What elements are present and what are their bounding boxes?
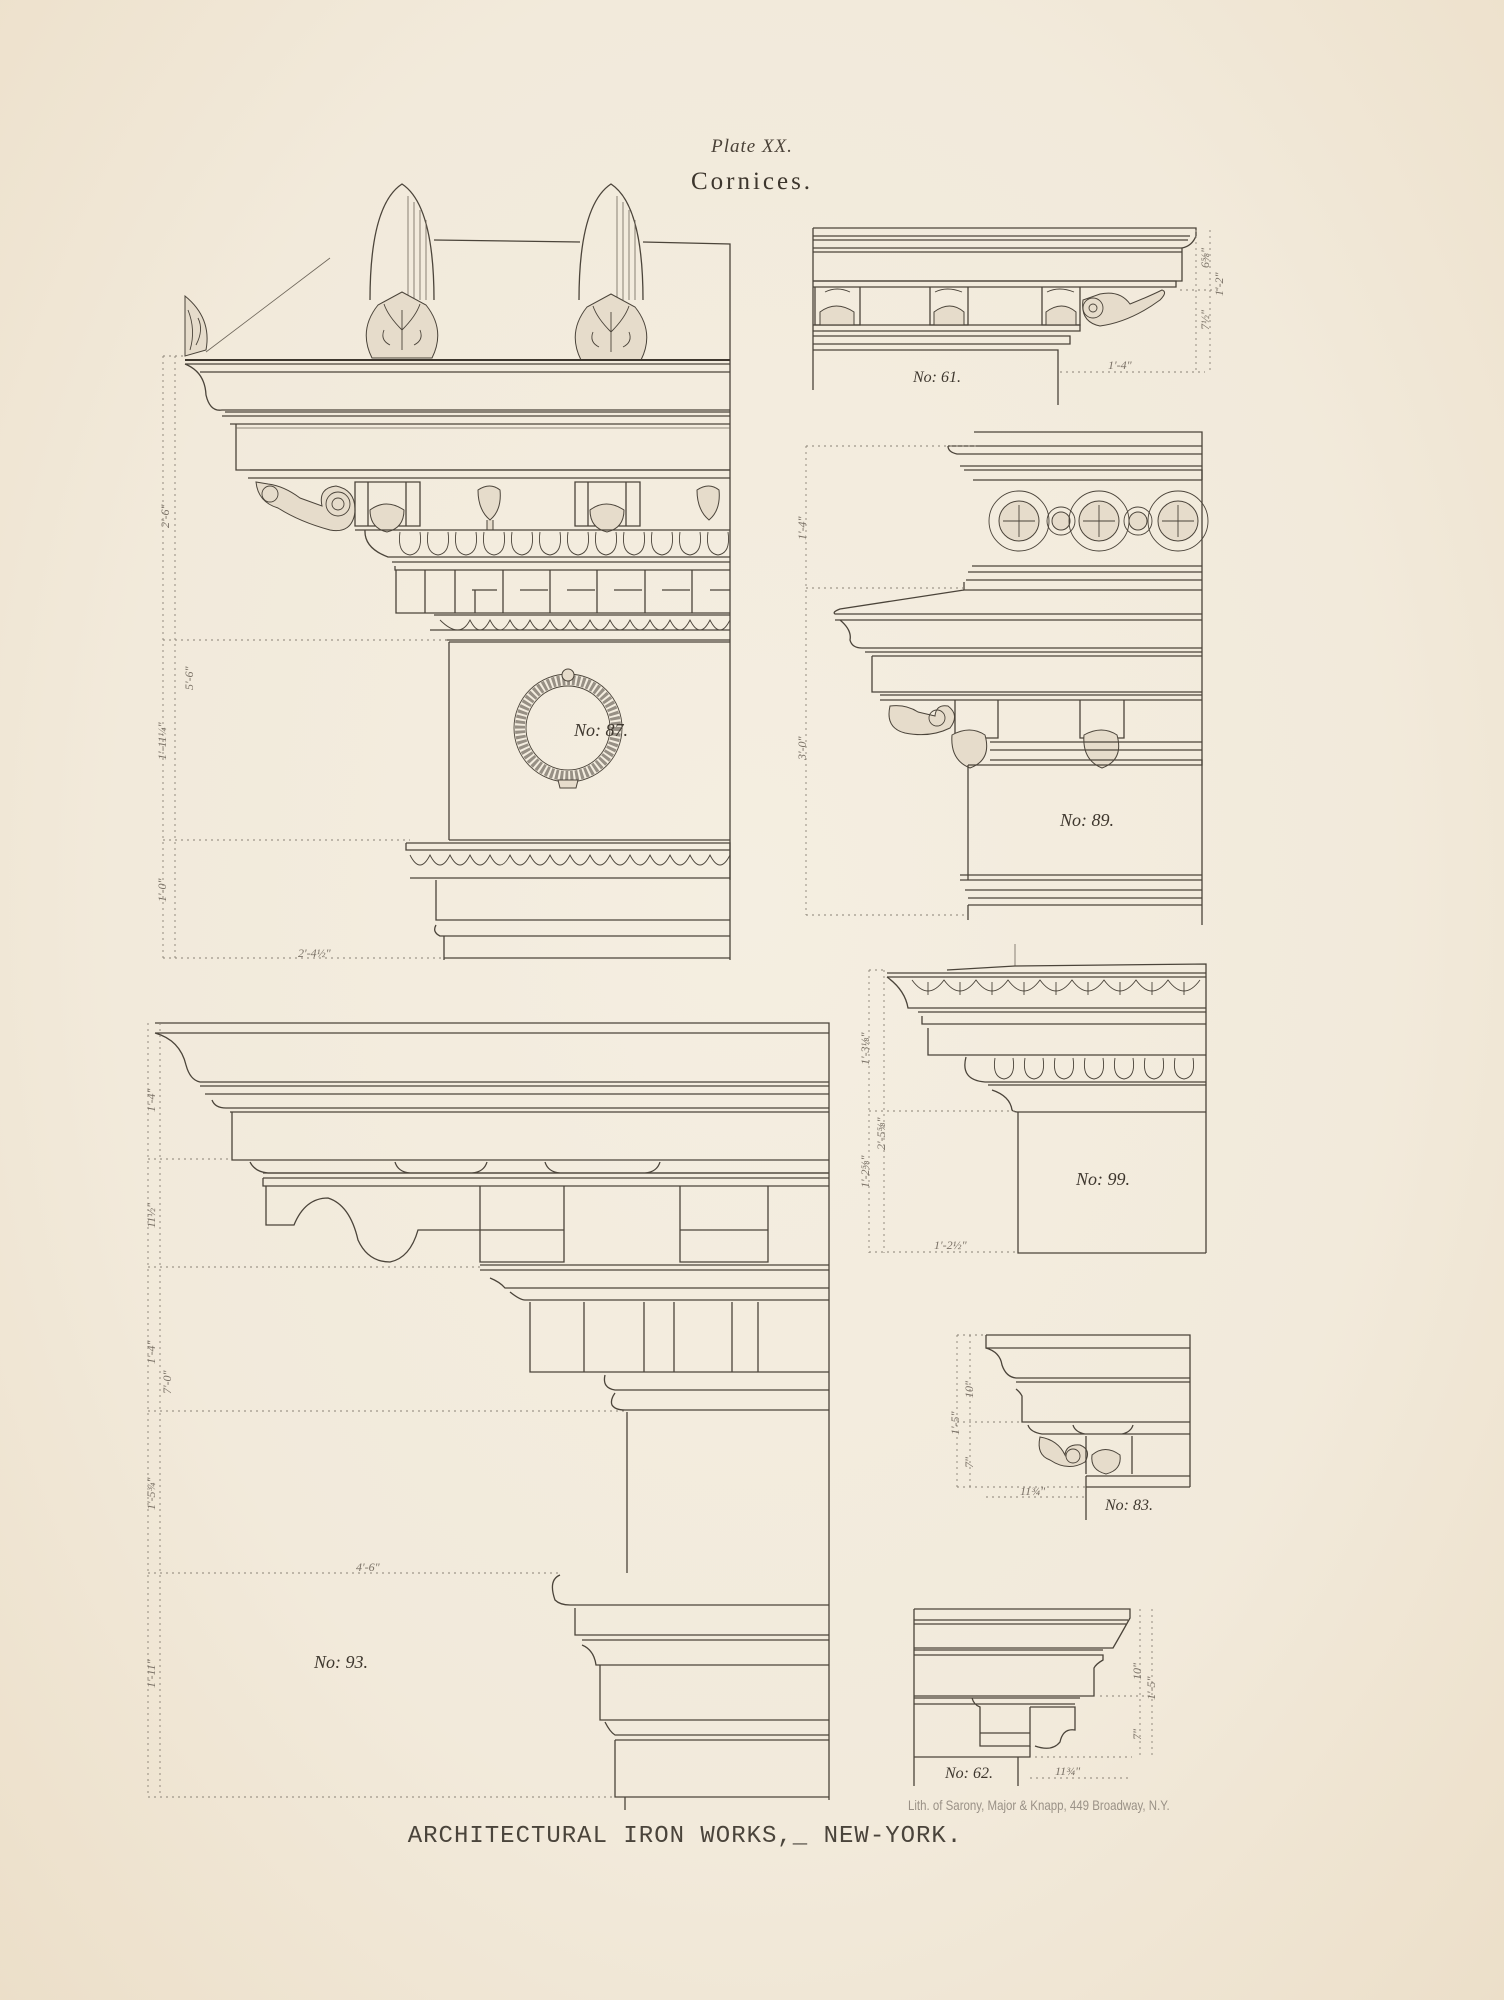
caption-no-61: No: 61. — [913, 369, 961, 387]
dimension-label: 11¾" — [1020, 1484, 1045, 1499]
dimension-label: 6⅝" — [1198, 248, 1213, 268]
caption-no-89: No: 89. — [1060, 810, 1114, 831]
dimension-label: 1'-5" — [1144, 1676, 1159, 1700]
dimension-label: 7'-0" — [160, 1370, 175, 1394]
dentil-band — [396, 570, 730, 613]
cornice-drawings — [0, 0, 1504, 2000]
scroll-bracket — [889, 706, 1119, 768]
drawing-no-87 — [163, 184, 730, 960]
dimension-label: 1'-4" — [144, 1340, 159, 1364]
dimension-label: 11¾" — [1055, 1764, 1080, 1779]
drawing-no-61 — [813, 228, 1220, 405]
dimension-label: 1'-5" — [948, 1411, 963, 1435]
dimension-label: 2'-4½" — [298, 946, 331, 961]
caption-no-93: No: 93. — [314, 1652, 368, 1673]
lithographer-credit: Lith. of Sarony, Major & Knapp, 449 Broa… — [908, 1797, 1170, 1813]
egg-and-dart-molding — [365, 530, 730, 557]
antefix-ornament — [185, 184, 647, 360]
dimension-label: 1'-2⅝" — [858, 1155, 873, 1188]
drawing-no-89 — [806, 432, 1208, 925]
dimension-label: 1'-0" — [155, 878, 170, 902]
caption-no-99: No: 99. — [1076, 1169, 1130, 1190]
drawing-no-62 — [914, 1609, 1155, 1786]
dimension-label: 1'-4" — [144, 1088, 159, 1112]
dimension-label: 1'-11¼" — [155, 722, 170, 760]
dimension-label: 11½" — [144, 1203, 159, 1228]
caption-no-83: No: 83. — [1105, 1497, 1153, 1515]
dimension-label: 5'-6" — [182, 666, 197, 690]
dimension-label: 7½" — [1198, 310, 1213, 330]
drawing-no-93 — [148, 1023, 829, 1810]
drawing-no-99 — [869, 944, 1206, 1253]
dimension-label: 7" — [962, 1457, 977, 1468]
rosette-frieze — [989, 491, 1208, 551]
drawing-no-83 — [957, 1335, 1190, 1520]
dimension-label: 1'-4" — [1108, 358, 1132, 373]
caption-no-62: No: 62. — [945, 1765, 993, 1783]
dimension-label: 2'-6" — [158, 504, 173, 528]
dimension-label: 3'-0" — [795, 736, 810, 760]
dimension-label: 1'-4" — [795, 516, 810, 540]
dimension-label: 10" — [1130, 1663, 1145, 1680]
dimension-label: 1'-2½" — [934, 1238, 967, 1253]
anthemion-molding — [887, 977, 1206, 1008]
scroll-bracket — [1083, 290, 1165, 326]
dimension-label: 7" — [1130, 1729, 1145, 1740]
dimension-label: 1'-5¾" — [144, 1477, 159, 1510]
caption-no-87: No: 87. — [574, 720, 628, 741]
dimension-label: 1'-11" — [144, 1659, 159, 1688]
bracket-profile — [266, 1186, 480, 1262]
scroll-bracket — [1039, 1437, 1120, 1474]
dimension-label: 4'-6" — [356, 1560, 380, 1575]
dimension-label: 2'-5⅝" — [874, 1117, 889, 1150]
dimension-label: 1'-3⅛" — [858, 1032, 873, 1065]
scroll-bracket — [256, 482, 355, 531]
dimension-label: 1'-2" — [1212, 272, 1227, 296]
dimension-label: 10" — [962, 1381, 977, 1398]
egg-and-dart-molding — [965, 1057, 1206, 1082]
publisher-imprint: ARCHITECTURAL IRON WORKS,_ NEW-YORK. — [0, 1823, 1370, 1850]
